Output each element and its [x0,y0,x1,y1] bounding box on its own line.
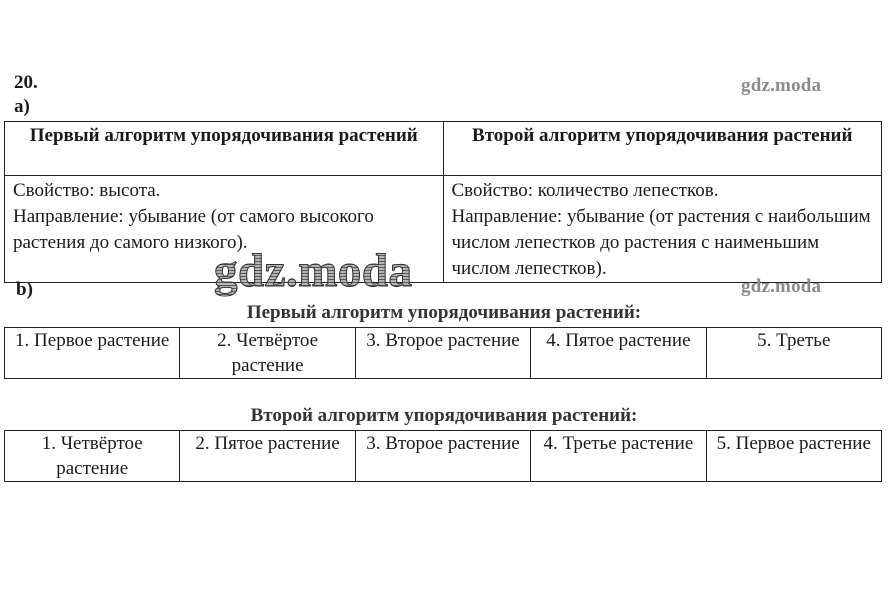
second-algorithm-description: Свойство: количество лепестков. Направле… [443,176,882,283]
order-cell: 4. Третье растение [531,431,706,482]
algorithms-table: Первый алгоритм упорядочивания растений … [4,121,882,283]
watermark-large: gdz.moda [214,248,413,295]
order-cell: 1. Четвёртое растение [5,431,180,482]
direction-text: Направление: убывание (от растения с наи… [452,204,874,282]
order-cell: 5. Третье [706,328,881,379]
second-order-table: 1. Четвёртое растение 2. Пятое растение … [4,430,882,482]
watermark: gdz.moda [741,276,821,298]
first-order-table: 1. Первое растение 2. Четвёртое растение… [4,327,882,379]
header-second-algorithm: Второй алгоритм упорядочивания растений [443,122,882,176]
property-text: Свойство: высота. [13,178,435,204]
first-order-title: Первый алгоритм упорядочивания растений: [0,302,888,324]
order-cell: 3. Второе растение [355,328,530,379]
watermark: gdz.moda [741,75,821,97]
header-first-algorithm: Первый алгоритм упорядочивания растений [5,122,444,176]
property-text: Свойство: количество лепестков. [452,178,874,204]
order-cell: 4. Пятое растение [531,328,706,379]
part-a-label: а) [14,96,30,118]
order-cell: 3. Второе растение [355,431,530,482]
second-order-title: Второй алгоритм упорядочивания растений: [0,405,888,427]
order-cell: 2. Четвёртое растение [180,328,355,379]
part-b-label: b) [16,279,33,301]
order-cell: 2. Пятое растение [180,431,355,482]
task-number: 20. [14,72,38,94]
order-cell: 1. Первое растение [5,328,180,379]
order-cell: 5. Первое растение [706,431,881,482]
